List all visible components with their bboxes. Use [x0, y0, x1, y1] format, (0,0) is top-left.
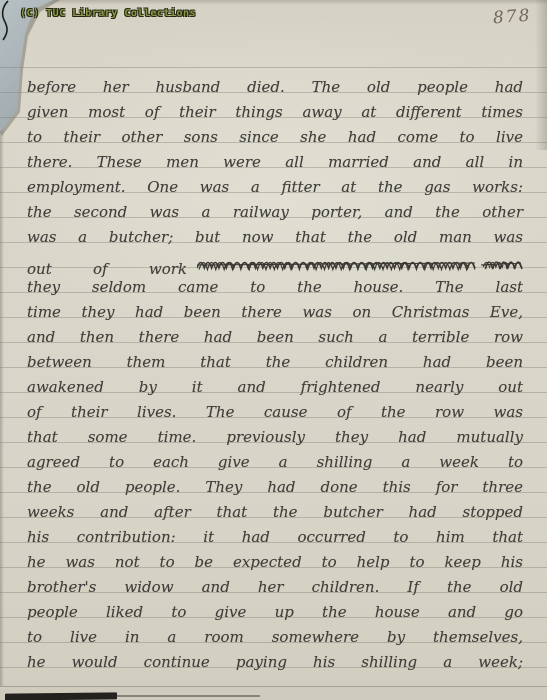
manuscript-line: his contribution: it had occurred to him…	[0, 528, 547, 553]
bottom-edge-shadow-line	[110, 695, 260, 697]
manuscript-line-with-deletion: out of work	[0, 253, 547, 278]
manuscript-line: the second was a railway porter, and the…	[0, 203, 547, 228]
top-edge-shadow	[0, 0, 547, 5]
manuscript-line: time they had been there was on Christma…	[0, 303, 547, 328]
manuscript-line: that some time. previously they had mutu…	[0, 428, 547, 453]
page-number: 878	[492, 6, 532, 29]
manuscript-line: they seldom came to the house. The last	[0, 278, 547, 303]
manuscript-line: agreed to each give a shilling a week to	[0, 453, 547, 478]
manuscript-line: to live in a room somewhere by themselve…	[0, 628, 547, 653]
manuscript-line: given most of their things away at diffe…	[0, 103, 547, 128]
manuscript-line: of their lives. The cause of the row was	[0, 403, 547, 428]
manuscript-line: weeks and after that the butcher had sto…	[0, 503, 547, 528]
manuscript-line: brother's widow and her children. If the…	[0, 578, 547, 603]
manuscript-line-prefix: out of work	[27, 260, 187, 278]
crossed-out-scribble	[197, 255, 523, 275]
manuscript-line: there. These men were all married and al…	[0, 153, 547, 178]
manuscript-line: the old people. They had done this for t…	[0, 478, 547, 503]
manuscript-line: he was not to be expected to help to kee…	[0, 553, 547, 578]
manuscript-line: was a butcher; but now that the old man …	[0, 228, 547, 253]
manuscript-line: to their other sons since she had come t…	[0, 128, 547, 153]
paper-sheet: (C) TUC Library Collections 878 before h…	[0, 0, 547, 700]
manuscript-line: people liked to give up the house and go	[0, 603, 547, 628]
manuscript-line: between them that the children had been	[0, 353, 547, 378]
bottom-left-scan-background	[5, 692, 117, 700]
manuscript-line: and then there had been such a terrible …	[0, 328, 547, 353]
manuscript-line: he would continue paying his shilling a …	[0, 653, 547, 678]
manuscript-line: awakened by it and frightened nearly out	[0, 378, 547, 403]
library-watermark: (C) TUC Library Collections	[20, 8, 196, 19]
manuscript-line: employment. One was a fitter at the gas …	[0, 178, 547, 203]
corner-curl-mark	[0, 0, 14, 42]
scanned-manuscript-page: (C) TUC Library Collections 878 before h…	[0, 0, 547, 700]
manuscript-text: before her husband died. The old people …	[0, 78, 547, 678]
manuscript-line: before her husband died. The old people …	[0, 78, 547, 103]
